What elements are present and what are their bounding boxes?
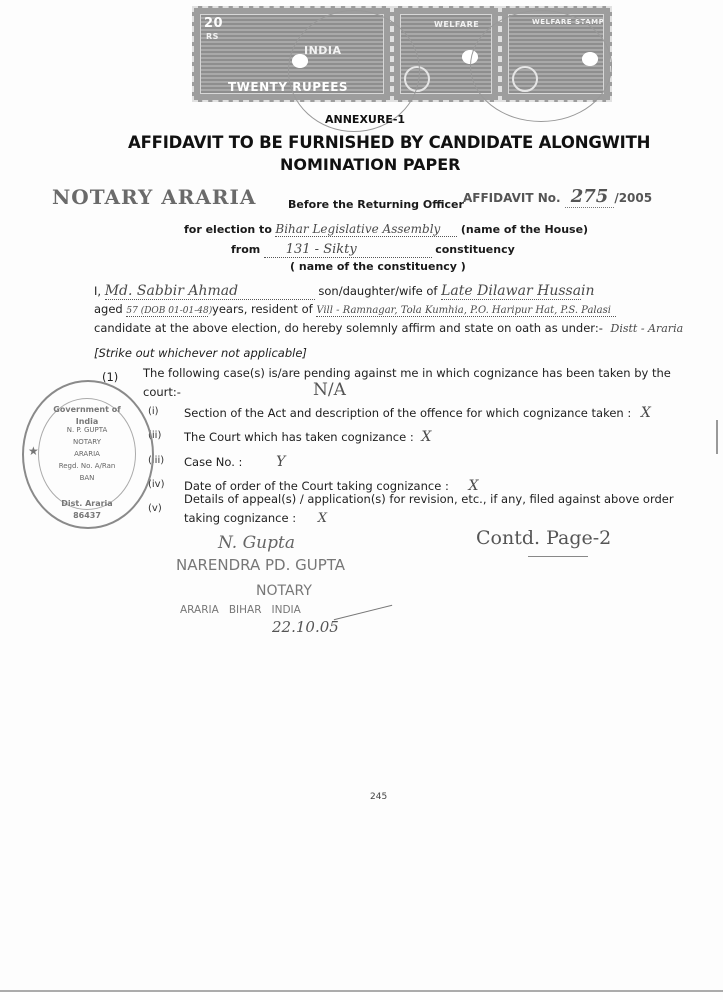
notary-name: NARENDRA PD. GUPTA [176, 556, 345, 574]
constituency-value: 131 - Sikty [264, 242, 432, 258]
strike-out-note: [Strike out whichever not applicable] [94, 346, 307, 360]
document-title-line2: NOMINATION PAPER [280, 155, 460, 174]
clause-item-1: Section of the Act and description of th… [184, 405, 651, 421]
house-name-value: Bihar Legislative Assembly [275, 222, 457, 237]
constituency-suffix: constituency [435, 243, 515, 256]
clause-item-5: Details of appeal(s) / application(s) fo… [184, 492, 674, 506]
election-line: for election to Bihar Legislative Assemb… [184, 222, 588, 237]
page-bottom-edge [0, 990, 723, 992]
age-value: 57 (DOB 01-01-48) [126, 306, 208, 317]
parent-name: Late Dilawar Hussain [441, 283, 581, 300]
constituency-line: from 131 - Sikty constituency [231, 242, 515, 258]
house-suffix: (name of the House) [461, 223, 588, 236]
before-returning-officer: Before the Returning Officer [288, 198, 464, 211]
date-stroke [334, 605, 392, 620]
election-prefix: for election to [184, 223, 272, 236]
clause-1-text: The following case(s) is/are pending aga… [143, 366, 671, 380]
document-title-line1: AFFIDAVIT TO BE FURNISHED BY CANDIDATE A… [128, 133, 650, 152]
affidavit-number-field: AFFIDAVIT No. 275/2005 [463, 186, 652, 207]
notary-araria-stamp: NOTARY ARARIA [52, 185, 256, 209]
notary-date: 22.10.05 [272, 618, 339, 636]
clause-1-answer: N/A [313, 380, 346, 400]
clause-item-5-cont: taking cognizance : X [184, 511, 327, 526]
district-value: Distt - Araria [611, 322, 684, 335]
affidavit-year: /2005 [614, 191, 652, 205]
residence-value: Vill - Ramnagar, Tola Kumhia, P.O. Harip… [316, 305, 616, 317]
constituency-note: ( name of the constituency ) [290, 260, 466, 273]
underline [528, 556, 588, 557]
constituency-prefix: from [231, 243, 260, 256]
clause-item-3: Case No. : Y [184, 454, 285, 470]
page-number: 245 [370, 792, 387, 802]
star-icon: ★ [28, 444, 39, 458]
notary-signature: N. Gupta [218, 533, 295, 553]
notary-title: NOTARY [256, 583, 312, 599]
declarant-name: Md. Sabbir Ahmad [105, 283, 315, 300]
oath-line: candidate at the above election, do here… [94, 321, 683, 335]
affidavit-page: 20 RS INDIA TWENTY RUPEES WELFARE WELFAR… [0, 0, 723, 1000]
seal-arc [470, 10, 612, 122]
affidavit-number-value: 275 [565, 186, 615, 208]
clause-item-2: The Court which has taken cognizance : X [184, 429, 431, 445]
affidavit-number-label: AFFIDAVIT No. [463, 191, 561, 205]
age-residence-line: aged 57 (DOB 01-01-48) years, resident o… [94, 302, 616, 317]
clause-1-text-2: court:- [143, 385, 181, 399]
annexure-label: ANNEXURE-1 [325, 113, 405, 126]
notary-place: ARARIA BIHAR INDIA [180, 604, 301, 616]
declarant-line: I, Md. Sabbir Ahmad son/daughter/wife of… [94, 283, 581, 300]
continued-note: Contd. Page-2 [476, 527, 611, 549]
notary-round-seal: Government of India N. P. GUPTA NOTARY A… [22, 380, 154, 529]
edge-mark [716, 420, 718, 454]
